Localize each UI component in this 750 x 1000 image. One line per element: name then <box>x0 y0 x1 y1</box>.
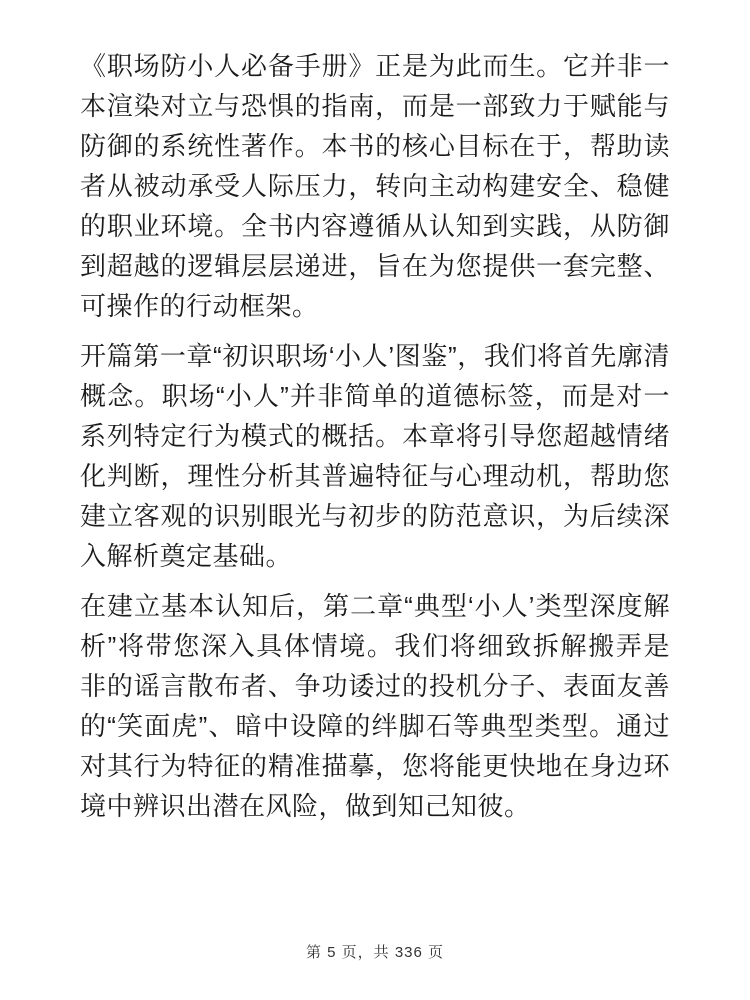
page-content: 《职场防小人必备手册》正是为此而生。它并非一本渲染对立与恐惧的指南，而是一部致力… <box>80 46 670 836</box>
body-paragraph: 《职场防小人必备手册》正是为此而生。它并非一本渲染对立与恐惧的指南，而是一部致力… <box>80 46 670 326</box>
book-page: 《职场防小人必备手册》正是为此而生。它并非一本渲染对立与恐惧的指南，而是一部致力… <box>0 0 750 1000</box>
page-footer: 第 5 页，共 336 页 <box>0 944 750 962</box>
page-indicator: 第 5 页，共 336 页 <box>306 944 444 961</box>
body-paragraph: 开篇第一章“初识职场‘小人’图鉴”，我们将首先廓清概念。职场“小人”并非简单的道… <box>80 336 670 576</box>
body-paragraph: 在建立基本认知后，第二章“典型‘小人’类型深度解析”将带您深入具体情境。我们将细… <box>80 586 670 826</box>
